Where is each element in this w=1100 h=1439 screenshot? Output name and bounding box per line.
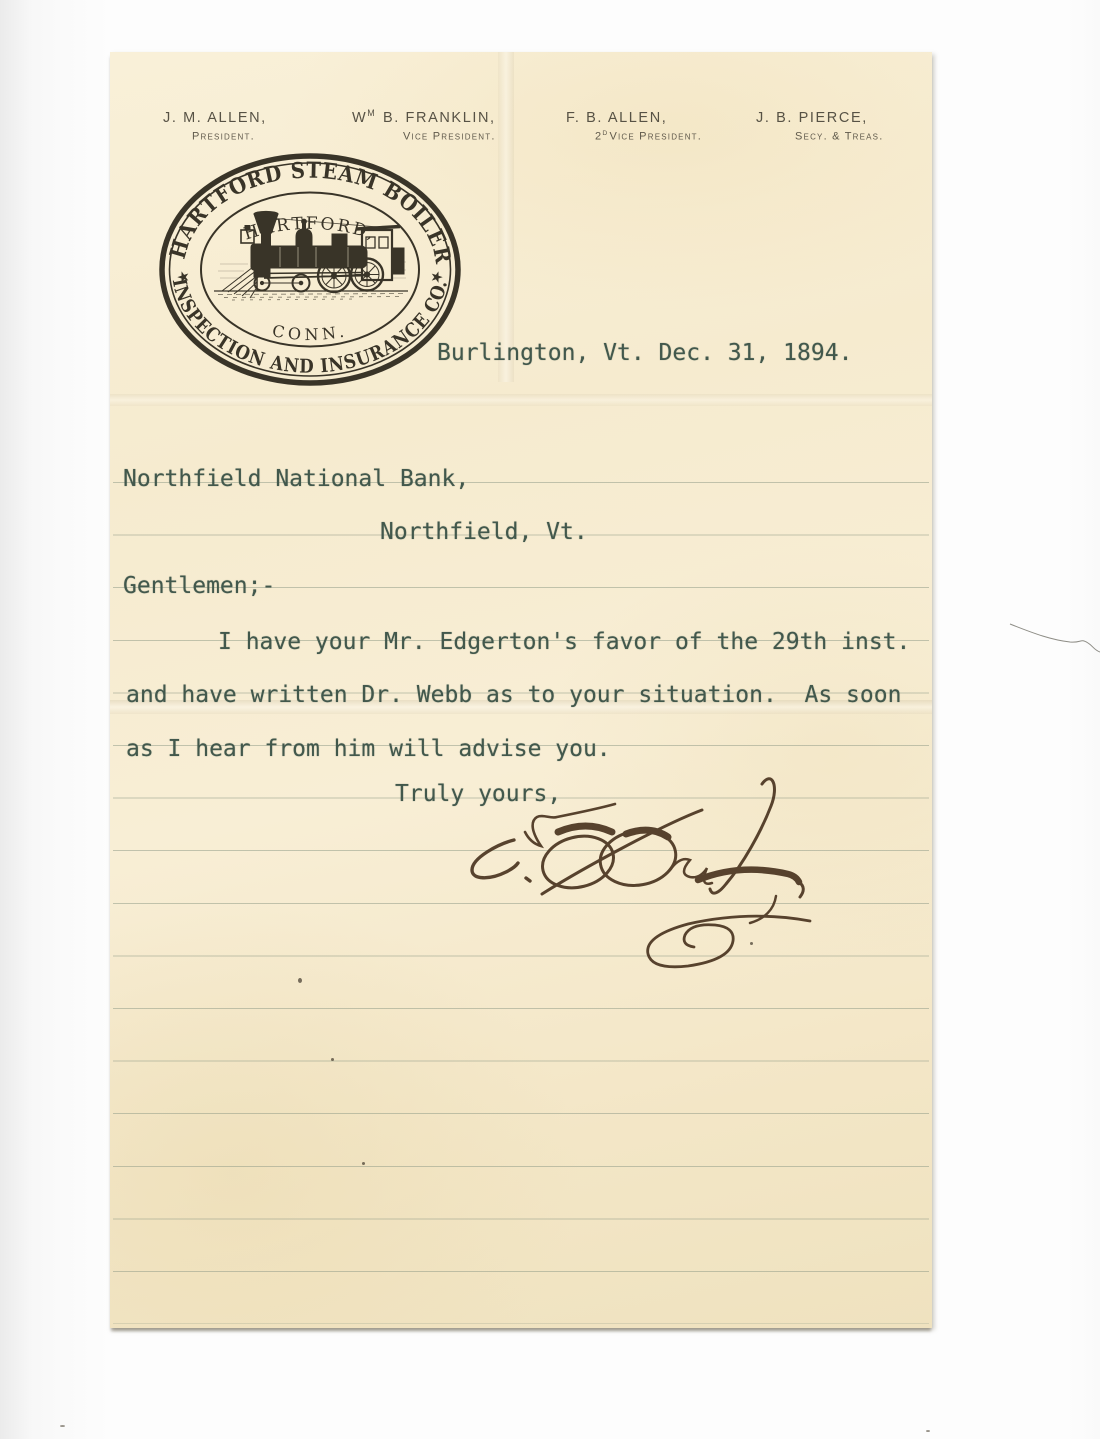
officer-name: J. M. ALLEN,	[163, 108, 268, 126]
background-speck	[60, 1425, 65, 1427]
officer-title: 2DVice President.	[595, 130, 702, 143]
officer-secretary-treasurer: J. B. PIERCE, Secy. & Treas.	[756, 108, 884, 142]
officer-vice-president: WM B. FRANKLIN, Vice President.	[352, 108, 497, 142]
letter-paper: J. M. ALLEN, President. WM B. FRANKLIN, …	[110, 52, 932, 1328]
body-line-3: as I hear from him will advise you.	[126, 736, 611, 762]
paper-crease	[498, 52, 514, 382]
paper-crease	[110, 394, 932, 406]
body-line-1: I have your Mr. Edgerton's favor of the …	[218, 629, 910, 655]
officer-name: WM B. FRANKLIN,	[352, 108, 497, 126]
recipient-line-2: Northfield, Vt.	[380, 519, 588, 545]
seal-conn-text: CONN.	[271, 321, 350, 344]
company-seal-logo: HARTFORD STEAM BOILER INSPECTION AND INS…	[158, 152, 462, 387]
background-speck	[926, 1430, 930, 1432]
officer-name: F. B. ALLEN,	[566, 108, 702, 126]
svg-text:CONN.: CONN.	[271, 321, 350, 344]
officer-title: President.	[192, 130, 268, 143]
recipient-line-1: Northfield National Bank,	[123, 466, 469, 492]
body-line-2: and have written Dr. Webb as to your sit…	[126, 682, 901, 708]
salutation: Gentlemen;-	[123, 573, 275, 599]
scan-background: J. M. ALLEN, President. WM B. FRANKLIN, …	[0, 0, 1100, 1439]
officer-name: J. B. PIERCE,	[756, 108, 884, 126]
ink-speck	[331, 1058, 334, 1061]
ink-speck	[298, 978, 302, 983]
officer-second-vice-president: F. B. ALLEN, 2DVice President.	[566, 108, 702, 142]
officer-president: J. M. ALLEN, President.	[163, 108, 268, 142]
ink-speck	[362, 1162, 365, 1165]
handwritten-signature	[430, 774, 830, 1024]
dateline: Burlington, Vt. Dec. 31, 1894.	[437, 340, 852, 366]
officer-title: Secy. & Treas.	[795, 130, 884, 143]
background-scratch	[990, 610, 1100, 670]
officer-title: Vice President.	[403, 130, 497, 143]
